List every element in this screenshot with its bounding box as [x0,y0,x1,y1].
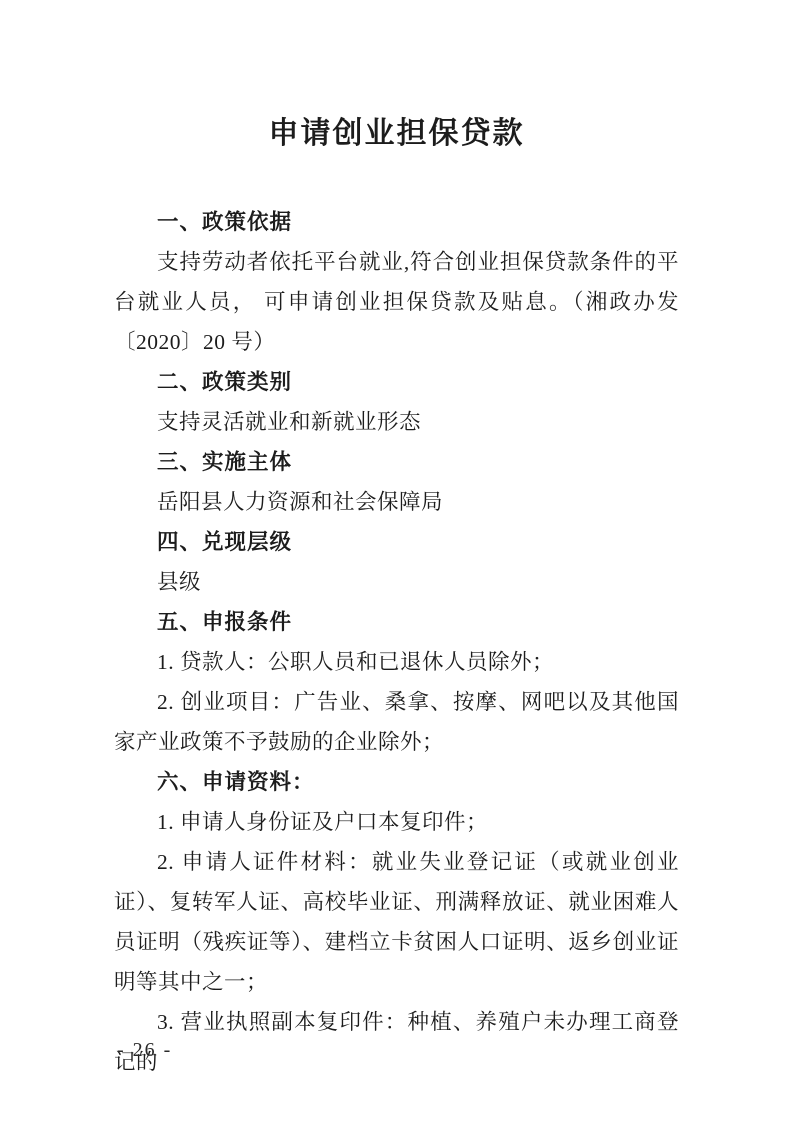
section-policy-category: 二、政策类别 支持灵活就业和新就业形态 [114,362,679,442]
paragraph: 2. 申请人证件材料：就业失业登记证（或就业创业证）、复转军人证、高校毕业证、刑… [114,842,679,1002]
section-heading: 一、政策依据 [114,202,679,242]
document-page: 申请创业担保贷款 一、政策依据 支持劳动者依托平台就业,符合创业担保贷款条件的平… [0,0,793,1121]
paragraph: 岳阳县人力资源和社会保障局 [114,482,679,522]
paragraph: 1. 申请人身份证及户口本复印件； [114,802,679,842]
section-application-conditions: 五、申报条件 1. 贷款人：公职人员和已退休人员除外； 2. 创业项目：广告业、… [114,602,679,762]
section-fulfillment-level: 四、兑现层级 县级 [114,522,679,602]
section-heading: 二、政策类别 [114,362,679,402]
section-heading: 四、兑现层级 [114,522,679,562]
section-heading: 五、申报条件 [114,602,679,642]
paragraph: 3. 营业执照副本复印件：种植、养殖户未办理工商登记的 [114,1002,679,1082]
section-heading: 六、申请资料： [114,762,679,802]
section-implementing-body: 三、实施主体 岳阳县人力资源和社会保障局 [114,442,679,522]
section-heading: 三、实施主体 [114,442,679,482]
page-number: - 26 - [117,1036,172,1064]
document-body: 申请创业担保贷款 一、政策依据 支持劳动者依托平台就业,符合创业担保贷款条件的平… [114,0,679,1082]
section-application-materials: 六、申请资料： 1. 申请人身份证及户口本复印件； 2. 申请人证件材料：就业失… [114,762,679,1082]
paragraph: 县级 [114,562,679,602]
section-policy-basis: 一、政策依据 支持劳动者依托平台就业,符合创业担保贷款条件的平台就业人员， 可申… [114,202,679,362]
paragraph: 支持劳动者依托平台就业,符合创业担保贷款条件的平台就业人员， 可申请创业担保贷款… [114,242,679,362]
page-title: 申请创业担保贷款 [114,112,679,156]
paragraph: 2. 创业项目：广告业、桑拿、按摩、网吧以及其他国家产业政策不予鼓励的企业除外； [114,682,679,762]
paragraph: 1. 贷款人：公职人员和已退休人员除外； [114,642,679,682]
paragraph: 支持灵活就业和新就业形态 [114,402,679,442]
